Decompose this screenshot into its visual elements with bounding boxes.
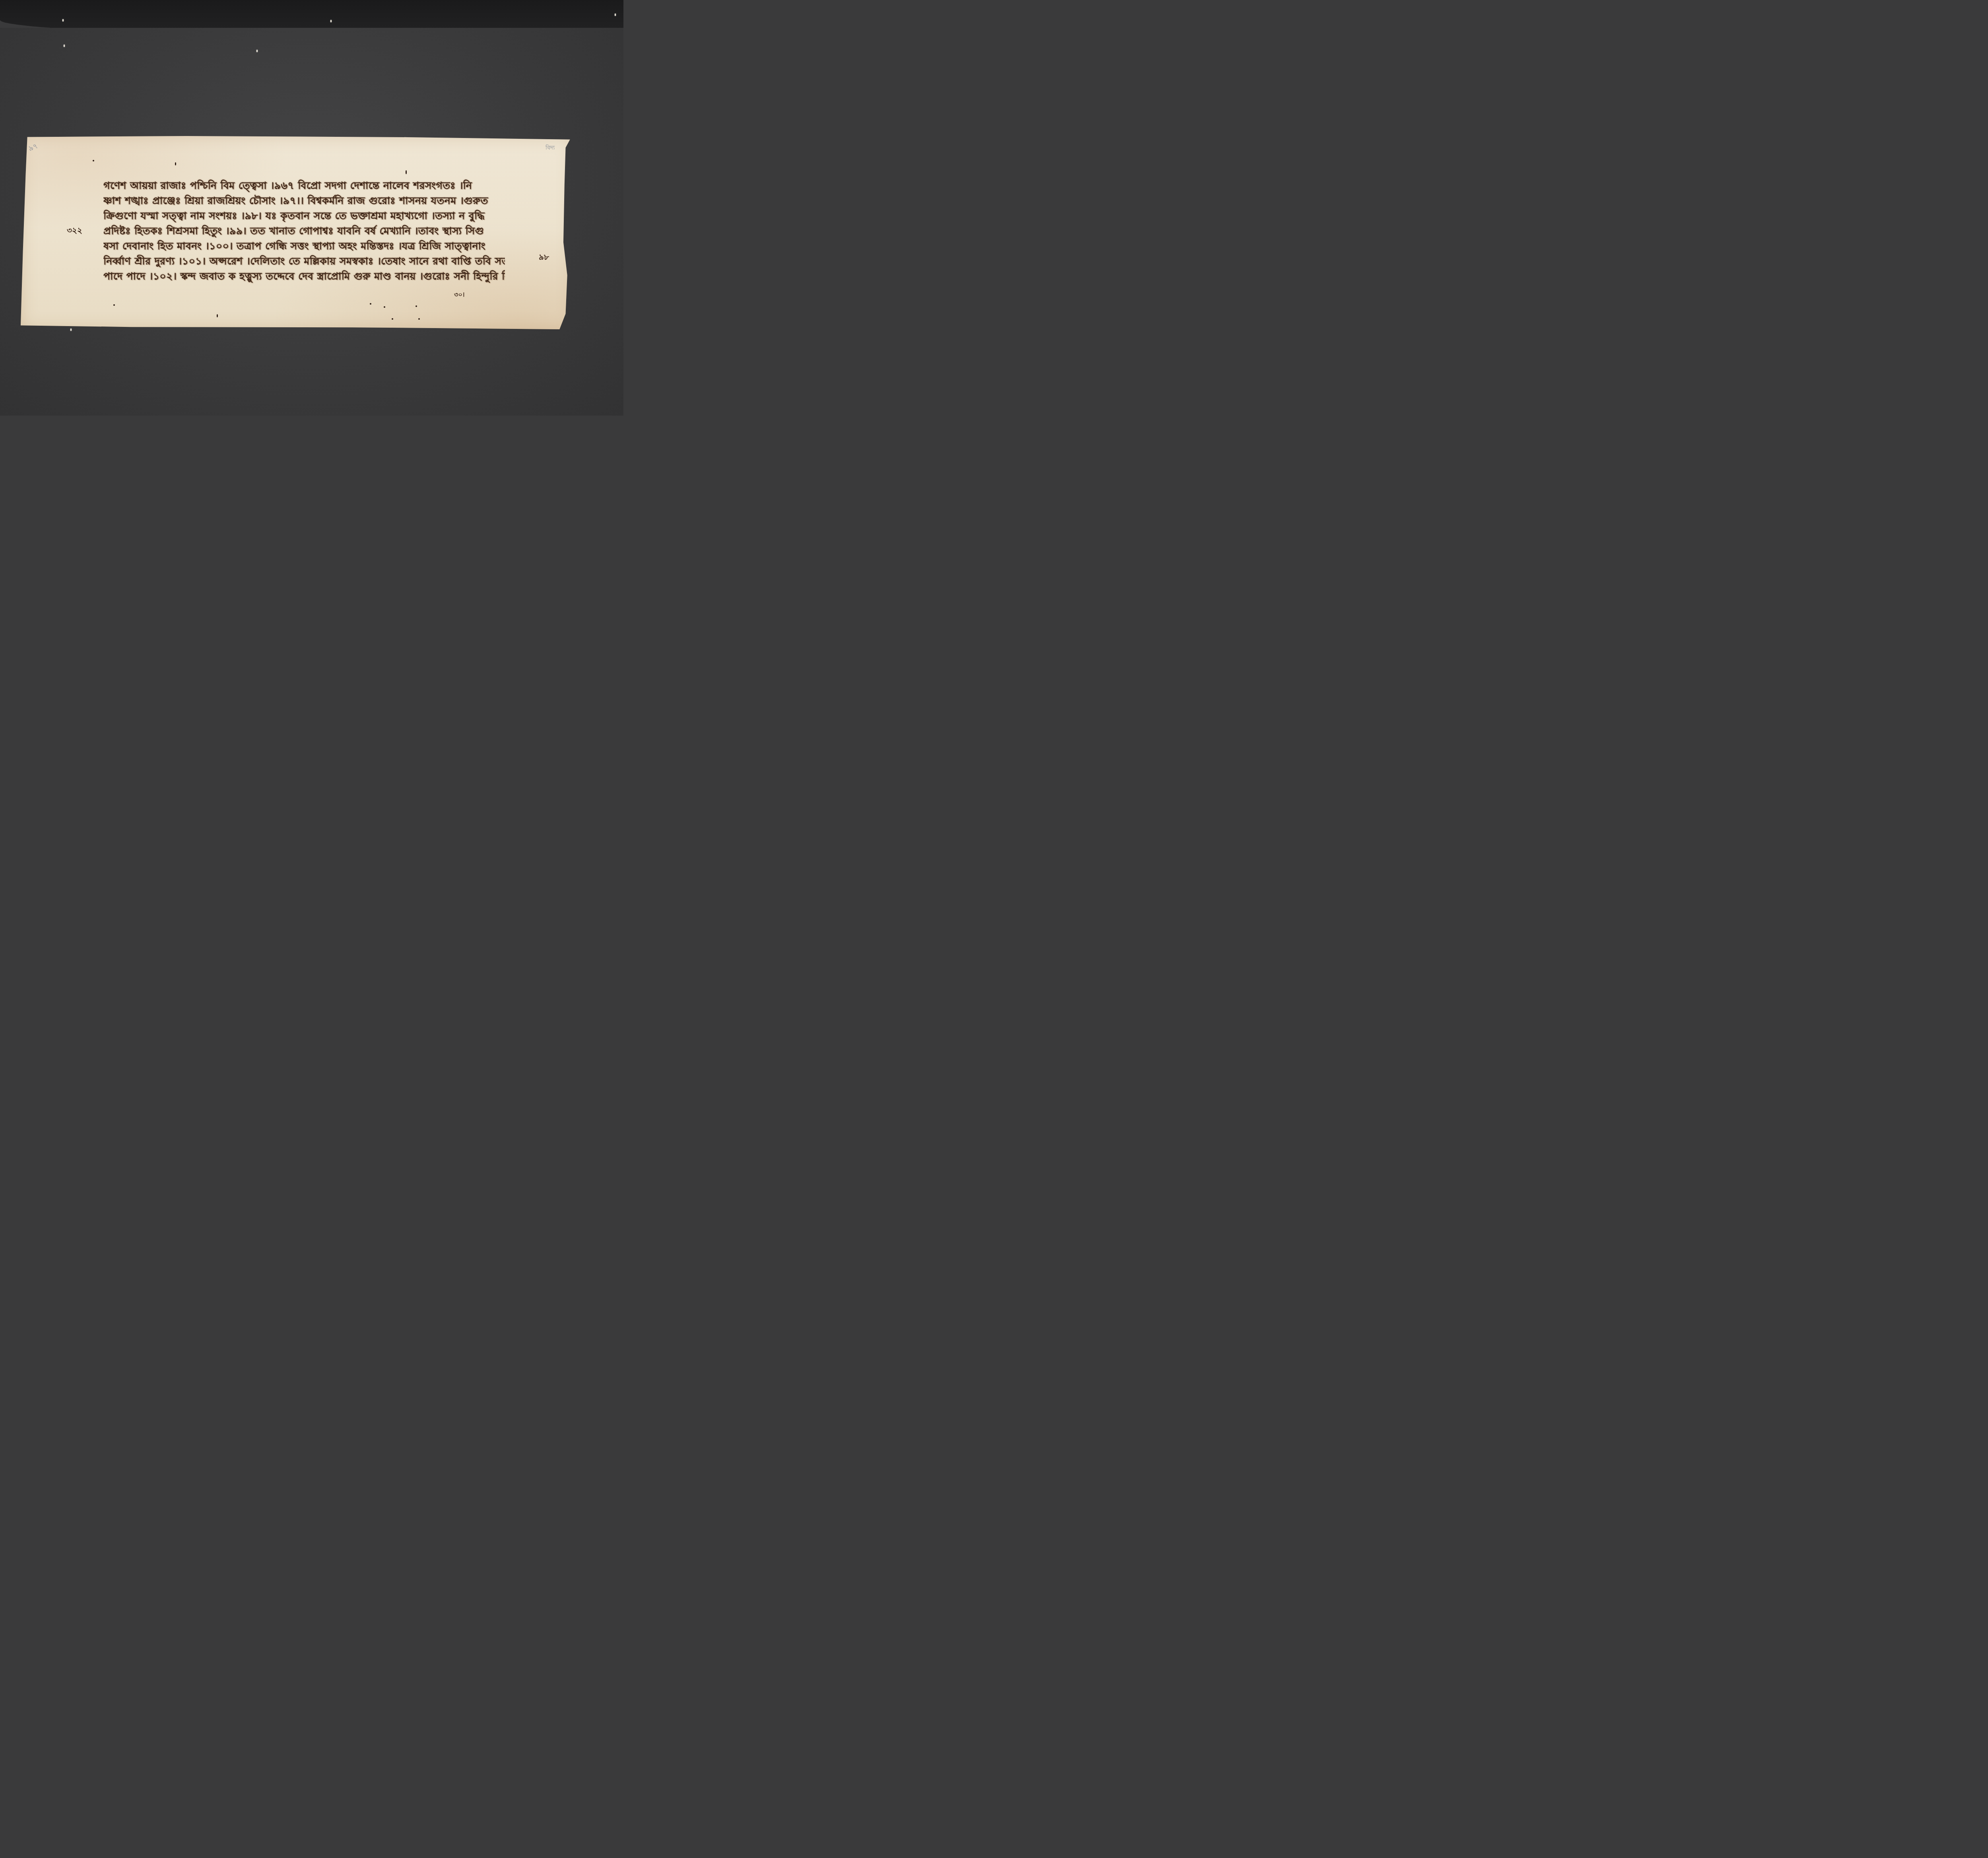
pin-mark — [256, 50, 258, 52]
folio-number-left: ৩২২ — [67, 225, 82, 238]
catchword-bottom-right: ৩০। — [454, 290, 465, 300]
margin-mark-right: ৯৮ — [539, 251, 549, 264]
manuscript-line: ষসা দেবানাং হিত মাবনং ।১০০। তত্রাপ গেন্ধ… — [103, 239, 505, 254]
ink-speck — [384, 306, 385, 308]
pin-mark — [330, 20, 332, 22]
manuscript-text-block: গণেশ আয়য়া রাজাঃ পশ্চিনি বিম ত্ত্বেসা ।… — [103, 178, 505, 284]
pin-mark — [615, 14, 616, 16]
manuscript-line: নির্ব্বাণ শ্রীর দুরণ্য ।১০১। অপ্সরেশ ।দে… — [103, 254, 505, 269]
pin-mark — [62, 19, 64, 21]
ink-speck — [418, 318, 420, 320]
ink-speck — [113, 304, 115, 306]
manuscript-line: প্রদিষ্টঃ হিতকঃ শিশ্রসমা হিতুং ।৯৯। তত খ… — [103, 224, 505, 239]
pencil-note-top-right: বিদ্য — [546, 143, 555, 153]
manuscript-line: ষ্ণাশ শঙ্খাঃ প্রাঞ্জেঃ শ্রিয়া রাজশ্রিয়… — [103, 193, 505, 208]
manuscript-line: ক্রিগুণো যস্মা সত্ত্বা নাম সংশয়ঃ ।৯৮। য… — [103, 208, 505, 224]
ink-speck — [415, 305, 417, 307]
ink-speck — [217, 314, 218, 317]
ink-speck — [175, 162, 176, 165]
ink-speck — [406, 170, 407, 174]
pin-mark — [70, 328, 72, 331]
manuscript-line: গণেশ আয়য়া রাজাঃ পশ্চিনি বিম ত্ত্বেসা ।… — [103, 178, 505, 193]
ink-speck — [370, 303, 371, 305]
ink-speck — [392, 318, 393, 320]
pin-mark — [64, 45, 65, 47]
ink-speck — [93, 160, 94, 161]
manuscript-line: পাদে পাদে ।১০২। স্কন্দ জবাত ক হত্নুস্য ত… — [103, 269, 505, 284]
